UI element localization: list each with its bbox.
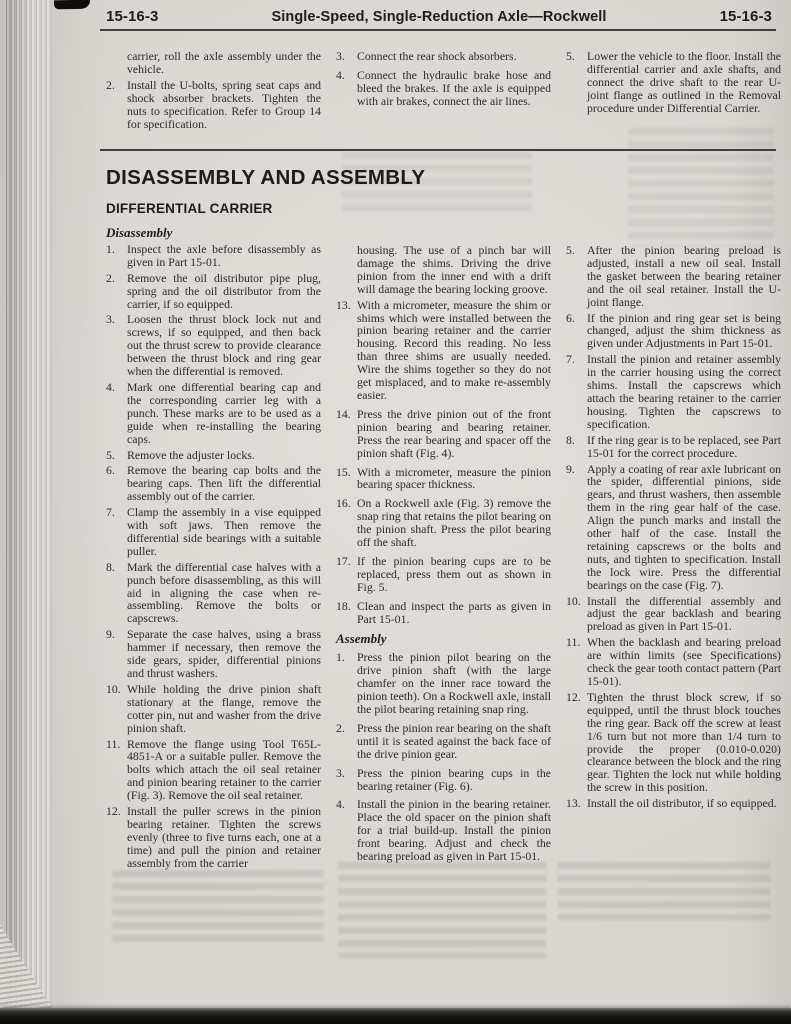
numbered-list: 2.Install the U-bolts, spring seat caps … <box>106 79 321 131</box>
list-item-text: Install the puller screws in the pinion … <box>127 805 321 870</box>
list-item: 7.Clamp the assembly in a vise equipped … <box>106 506 321 558</box>
list-item: 5.After the pinion bearing preload is ad… <box>566 244 781 309</box>
list-item: 1.Press the pinion pilot bearing on the … <box>336 651 551 716</box>
list-item: 9.Separate the case halves, using a bras… <box>106 628 321 680</box>
list-item-number: 10. <box>106 683 127 735</box>
list-item: 10.Install the differential assembly and… <box>566 595 781 634</box>
list-item: 6.If the pinion and ring gear set is bei… <box>566 312 781 351</box>
list-item-number: 2. <box>106 272 127 311</box>
list-item-text: Lower the vehicle to the floor. Install … <box>587 50 781 115</box>
continuation-paragraph: carrier, roll the axle assembly under th… <box>106 50 321 76</box>
list-item: 11.When the backlash and bearing preload… <box>566 636 781 688</box>
list-item-number: 3. <box>336 50 357 63</box>
list-item-number: 3. <box>336 767 357 793</box>
list-item: 2.Remove the oil distributor pipe plug, … <box>106 272 321 311</box>
page-content: 15-16-3 Single-Speed, Single-Reduction A… <box>100 8 776 873</box>
scan-bottom-shadow <box>0 1008 791 1024</box>
list-item-number: 5. <box>566 244 587 309</box>
list-item-text: With a micrometer, measure the pinion be… <box>357 466 551 492</box>
list-item-text: Inspect the axle before disassembly as g… <box>127 243 321 269</box>
list-item-number: 15. <box>336 466 357 492</box>
assembly-label: Assembly <box>336 633 551 646</box>
list-item: 12.Install the puller screws in the pini… <box>106 805 321 870</box>
list-item-text: Remove the flange using Tool T65L-4851-A… <box>127 738 321 803</box>
top-column-3: 5.Lower the vehicle to the floor. Instal… <box>566 50 781 142</box>
list-item-number: 3. <box>106 313 127 378</box>
list-item-number: 7. <box>566 353 587 430</box>
list-item-number: 18. <box>336 600 357 626</box>
list-item-text: If the pinion bearing cups are to be rep… <box>357 555 551 594</box>
list-item-text: If the ring gear is to be replaced, see … <box>587 434 781 460</box>
disassembly-label: Disassembly <box>106 227 321 240</box>
list-item: 5.Remove the adjuster locks. <box>106 449 321 462</box>
list-item-text: Press the drive pinion out of the front … <box>357 408 551 460</box>
list-item: 13.With a micrometer, measure the shim o… <box>336 299 551 402</box>
list-item: 5.Lower the vehicle to the floor. Instal… <box>566 50 781 115</box>
list-item: 3.Connect the rear shock absorbers. <box>336 50 551 63</box>
list-item-text: Install the U-bolts, spring seat caps an… <box>127 79 321 131</box>
list-item: 3.Loosen the thrust block lock nut and s… <box>106 313 321 378</box>
list-item-text: Clamp the assembly in a vise equipped wi… <box>127 506 321 558</box>
list-item-text: Loosen the thrust block lock nut and scr… <box>127 313 321 378</box>
list-item-number: 6. <box>566 312 587 351</box>
list-item-text: On a Rockwell axle (Fig. 3) remove the s… <box>357 497 551 549</box>
list-item-number: 2. <box>336 722 357 761</box>
list-item-number: 5. <box>566 50 587 115</box>
list-item-text: Press the pinion rear bearing on the sha… <box>357 722 551 761</box>
list-item-number: 12. <box>566 691 587 794</box>
list-item: 17.If the pinion bearing cups are to be … <box>336 555 551 594</box>
list-item-number: 4. <box>106 381 127 446</box>
list-item-number: 13. <box>566 797 587 810</box>
continuation-paragraph: housing. The use of a pinch bar will dam… <box>336 244 551 296</box>
list-item-number: 4. <box>336 798 357 863</box>
list-item-text: Press the pinion bearing cups in the bea… <box>357 767 551 793</box>
list-item: 4.Install the pinion in the bearing reta… <box>336 798 551 863</box>
list-item: 8.Mark the differential case halves with… <box>106 561 321 626</box>
page-title: Single-Speed, Single-Reduction Axle—Rock… <box>271 9 606 25</box>
page-code-right: 15-16-3 <box>720 8 772 25</box>
numbered-list: 3.Connect the rear shock absorbers.4.Con… <box>336 50 551 108</box>
bleed-through-ghost <box>338 862 546 958</box>
list-item-text: Install the differential assembly and ad… <box>587 595 781 634</box>
list-item-text: While holding the drive pinion shaft sta… <box>127 683 321 735</box>
list-item: 16.On a Rockwell axle (Fig. 3) remove th… <box>336 497 551 549</box>
list-item: 9.Apply a coating of rear axle lubricant… <box>566 463 781 592</box>
list-item-text: Mark the differential case halves with a… <box>127 561 321 626</box>
bleed-through-ghost <box>112 870 324 942</box>
disassembly-list-1: 1.Inspect the axle before disassembly as… <box>106 243 321 870</box>
list-item-text: Apply a coating of rear axle lubricant o… <box>587 463 781 592</box>
book-binding-edge <box>6 0 52 1008</box>
procedure-columns: Disassembly 1.Inspect the axle before di… <box>100 222 776 873</box>
list-item-number: 11. <box>566 636 587 688</box>
header-rule <box>100 29 776 31</box>
list-item: 13.Install the oil distributor, if so eq… <box>566 797 781 810</box>
list-item-text: Separate the case halves, using a brass … <box>127 628 321 680</box>
procedure-column-2: housing. The use of a pinch bar will dam… <box>336 222 551 873</box>
list-item-number: 14. <box>336 408 357 460</box>
list-item-text: Install the pinion in the bearing retain… <box>357 798 551 863</box>
list-item: 7.Install the pinion and retainer assemb… <box>566 353 781 430</box>
list-item-text: Connect the hydraulic brake hose and ble… <box>357 69 551 108</box>
list-item-text: Remove the bearing cap bolts and the bea… <box>127 464 321 503</box>
list-item-text: If the pinion and ring gear set is being… <box>587 312 781 351</box>
list-item-number: 2. <box>106 79 127 131</box>
section-divider-rule <box>100 149 776 151</box>
top-column-2: 3.Connect the rear shock absorbers.4.Con… <box>336 50 551 142</box>
list-item: 2.Press the pinion rear bearing on the s… <box>336 722 551 761</box>
list-item-number: 1. <box>336 651 357 716</box>
list-item-number: 13. <box>336 299 357 402</box>
numbered-list: 5.Lower the vehicle to the floor. Instal… <box>566 50 781 115</box>
list-item-text: Connect the rear shock absorbers. <box>357 50 551 63</box>
list-item: 8.If the ring gear is to be replaced, se… <box>566 434 781 460</box>
list-item-number: 16. <box>336 497 357 549</box>
list-item: 10.While holding the drive pinion shaft … <box>106 683 321 735</box>
procedure-column-3: 5.After the pinion bearing preload is ad… <box>566 222 781 873</box>
list-item-number: 17. <box>336 555 357 594</box>
list-item: 2.Install the U-bolts, spring seat caps … <box>106 79 321 131</box>
list-item-text: Tighten the thrust block screw, if so eq… <box>587 691 781 794</box>
list-item-text: Install the oil distributor, if so equip… <box>587 797 781 810</box>
list-item: 4.Mark one differential bearing cap and … <box>106 381 321 446</box>
list-item-text: Press the pinion pilot bearing on the dr… <box>357 651 551 716</box>
list-item-number: 11. <box>106 738 127 803</box>
disassembly-list-2: 13.With a micrometer, measure the shim o… <box>336 299 551 626</box>
list-item-text: Install the pinion and retainer assembly… <box>587 353 781 430</box>
list-item-number: 7. <box>106 506 127 558</box>
list-item: 3.Press the pinion bearing cups in the b… <box>336 767 551 793</box>
list-item: 6.Remove the bearing cap bolts and the b… <box>106 464 321 503</box>
list-item-number: 10. <box>566 595 587 634</box>
list-item-number: 5. <box>106 449 127 462</box>
list-item: 1.Inspect the axle before disassembly as… <box>106 243 321 269</box>
list-item-number: 8. <box>566 434 587 460</box>
list-item: 4.Connect the hydraulic brake hose and b… <box>336 69 551 108</box>
list-item: 14.Press the drive pinion out of the fro… <box>336 408 551 460</box>
list-item-number: 9. <box>566 463 587 592</box>
column-2-body: housing. The use of a pinch bar will dam… <box>336 222 551 863</box>
list-item-number: 1. <box>106 243 127 269</box>
list-item-text: With a micrometer, measure the shim or s… <box>357 299 551 402</box>
scanned-manual-page: 15-16-3 Single-Speed, Single-Reduction A… <box>0 0 791 1024</box>
list-item: 12.Tighten the thrust block screw, if so… <box>566 691 781 794</box>
list-item: 18.Clean and inspect the parts as given … <box>336 600 551 626</box>
column-3-body: 5.After the pinion bearing preload is ad… <box>566 222 781 810</box>
list-item-number: 8. <box>106 561 127 626</box>
spine-shadow-mark <box>54 0 90 9</box>
list-item-number: 4. <box>336 69 357 108</box>
top-continuation-section: carrier, roll the axle assembly under th… <box>100 50 776 142</box>
list-item-number: 12. <box>106 805 127 870</box>
list-item-number: 9. <box>106 628 127 680</box>
list-item: 15.With a micrometer, measure the pinion… <box>336 466 551 492</box>
list-item-text: Remove the adjuster locks. <box>127 449 321 462</box>
list-item: 11.Remove the flange using Tool T65L-485… <box>106 738 321 803</box>
assembly-list-1: 1.Press the pinion pilot bearing on the … <box>336 651 551 863</box>
procedure-column-1: Disassembly 1.Inspect the axle before di… <box>106 222 321 873</box>
list-item-text: Mark one differential bearing cap and th… <box>127 381 321 446</box>
section-subtitle: DIFFERENTIAL CARRIER <box>106 201 776 216</box>
assembly-list-2: 5.After the pinion bearing preload is ad… <box>566 244 781 810</box>
list-item-number: 6. <box>106 464 127 503</box>
page-code-left: 15-16-3 <box>106 8 158 25</box>
section-title: DISASSEMBLY AND ASSEMBLY <box>106 166 776 190</box>
top-column-1: carrier, roll the axle assembly under th… <box>106 50 321 142</box>
list-item-text: After the pinion bearing preload is adju… <box>587 244 781 309</box>
list-item-text: Remove the oil distributor pipe plug, sp… <box>127 272 321 311</box>
list-item-text: When the backlash and bearing preload ar… <box>587 636 781 688</box>
running-head: 15-16-3 Single-Speed, Single-Reduction A… <box>100 8 776 25</box>
list-item-text: Clean and inspect the parts as given in … <box>357 600 551 626</box>
